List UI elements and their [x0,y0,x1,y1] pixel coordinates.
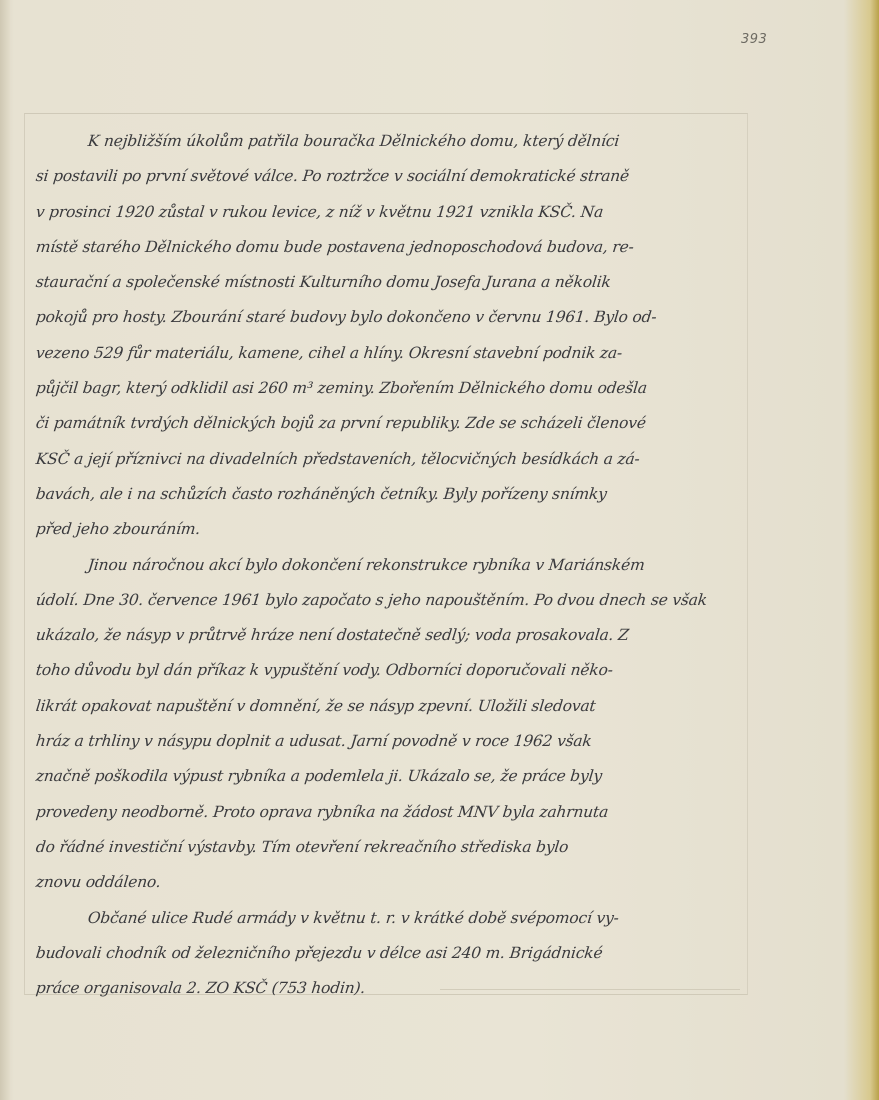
text-line: KSČ a její příznivci na divadelních před… [34,442,738,477]
text-line: budovali chodník od železničního přejezd… [34,936,738,971]
text-line: pokojů pro hosty. Zbourání staré budovy … [34,300,738,335]
text-line: před jeho zbouráním. [34,512,738,547]
text-line: si postavili po první světové válce. Po … [34,159,738,194]
page-number: 393 [741,32,767,47]
text-line: bavách, ale i na schůzích často rozháněn… [34,477,738,512]
text-line: likrát opakovat napuštění v domnění, že … [34,689,738,724]
text-line: údolí. Dne 30. července 1961 bylo započa… [34,583,738,618]
text-line: do řádné investiční výstavby. Tím otevře… [34,830,738,865]
text-line: Občané ulice Rudé armády v květnu t. r. … [34,901,738,936]
text-line: toho důvodu byl dán příkaz k vypuštění v… [34,653,738,688]
text-line: znovu oddáleno. [34,865,738,900]
text-line: vezeno 529 fůr materiálu, kamene, cihel … [34,336,738,371]
page-binding-edge [0,0,10,1100]
text-line: K nejbližším úkolům patřila bouračka Děl… [34,124,738,159]
text-line: půjčil bagr, který odklidil asi 260 m³ z… [34,371,738,406]
text-line: místě starého Dělnického domu bude posta… [34,230,738,265]
text-line: staurační a společenské místnosti Kultur… [34,265,738,300]
scanned-page: 393 K nejbližším úkolům patřila bouračka… [0,0,879,1100]
paragraph-1: K nejbližším úkolům patřila bouračka Děl… [34,124,734,548]
text-line: v prosinci 1920 zůstal v rukou levice, z… [34,195,738,230]
text-line: Jinou náročnou akcí bylo dokončení rekon… [34,548,738,583]
text-line: provedeny neodborně. Proto oprava rybník… [34,795,738,830]
text-line: či památník tvrdých dělnických bojů za p… [34,406,738,441]
text-line: značně poškodila výpust rybníka a podeml… [34,759,738,794]
paragraph-3: Občané ulice Rudé armády v květnu t. r. … [34,901,734,1007]
text-line: hráz a trhliny v násypu doplnit a udusat… [34,724,738,759]
closing-rule-line [440,989,740,990]
text-line: ukázalo, že násyp v průtrvě hráze není d… [34,618,738,653]
handwritten-text-block: K nejbližším úkolům patřila bouračka Děl… [34,124,734,1006]
paragraph-2: Jinou náročnou akcí bylo dokončení rekon… [34,548,734,901]
